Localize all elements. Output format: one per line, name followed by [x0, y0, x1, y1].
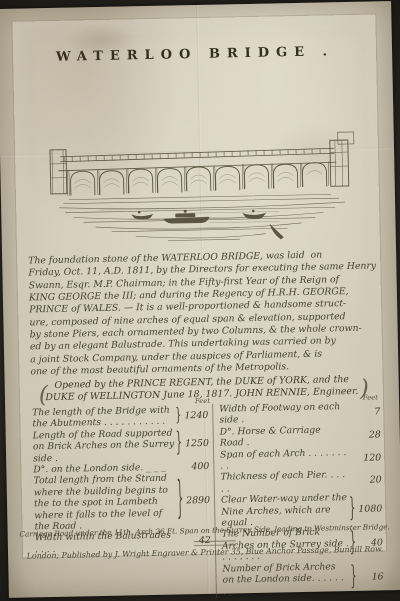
- divider-rule: [194, 540, 236, 546]
- measurement-value: 400: [183, 461, 209, 473]
- measurement-row: Span of each Arch . . . . . . . . .120: [220, 446, 381, 472]
- measurement-label: The length of the Bridge with the Abutme…: [32, 405, 174, 431]
- measurement-label: Thickness of each Pier. . . . . .: [220, 470, 347, 495]
- scanned-print: WATERLOO BRIDGE .: [0, 0, 400, 601]
- brace-glyph: }: [348, 495, 357, 524]
- brace-glyph: }: [174, 406, 182, 426]
- measurement-value: 2890: [184, 495, 210, 507]
- measurement-row: Thickness of each Pier. . . . . .20: [220, 469, 381, 495]
- measurement-label: Total length from the Strand where the b…: [34, 473, 177, 533]
- unit-label-right: Feet: [363, 393, 378, 401]
- measurement-label: Number of Brick Arches on the London sid…: [222, 561, 350, 598]
- paper-sheet: WATERLOO BRIDGE .: [0, 1, 400, 598]
- measurement-value: 120: [355, 452, 381, 464]
- measurement-label: D°. Horse & Carriage Road .: [220, 424, 347, 449]
- measurement-label: Span of each Arch . . . . . . . . .: [220, 447, 347, 472]
- measurements-right-column: Feet Width of Footway on each side .7D°.…: [212, 400, 384, 597]
- measurement-value: 7: [354, 406, 380, 418]
- measurement-value: 28: [355, 429, 381, 441]
- measurement-value: 1080: [356, 503, 382, 515]
- measurement-value: 16: [358, 572, 384, 584]
- measurement-row: Total length from the Strand where the b…: [34, 472, 211, 533]
- brace-glyph: }: [349, 563, 358, 592]
- measurement-value: 1240: [182, 410, 208, 422]
- measurement-value: 20: [356, 475, 382, 487]
- brace-glyph: }: [176, 477, 185, 525]
- measurements-left-column: Feet The length of the Bridge with the A…: [32, 404, 216, 601]
- bridge-engraving: [37, 118, 364, 254]
- measurement-label: Length of the Road supported on Brick Ar…: [33, 427, 176, 464]
- description-paragraph: The foundation stone of the WATERLOO BRI…: [28, 248, 380, 378]
- measurement-row: Length of the Road supported on Brick Ar…: [33, 427, 210, 465]
- measurement-row: Number of Brick Arches on the London sid…: [222, 560, 384, 597]
- unit-label-left: Feet: [195, 397, 210, 405]
- measurement-row: Width of Footway on each side .7: [219, 400, 380, 426]
- measurement-row: D°. Horse & Carriage Road .28: [220, 423, 381, 449]
- brace-glyph: }: [175, 430, 184, 459]
- measurements-table: Feet The length of the Bridge with the A…: [32, 400, 384, 601]
- measurement-value: 1250: [183, 438, 209, 450]
- measurement-label: Width of Footway on each side .: [219, 401, 346, 426]
